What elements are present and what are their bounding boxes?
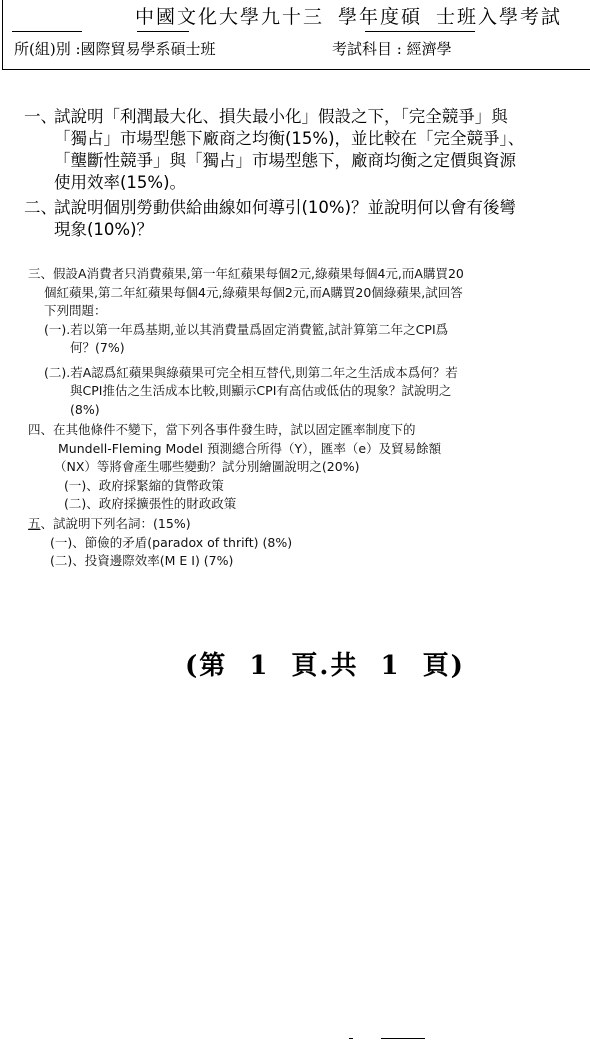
question-line: （NX）等將會產生哪些變動？試分別繪圖說明之(20%) [28,458,580,477]
question-line: Mundell-Fleming Model 預測總合所得（Y），匯率（e）及貿易… [28,440,580,459]
sub-question-label: (一)、 [64,478,99,493]
question-number: 二、 [24,197,57,219]
colon: : [71,40,81,58]
sub-question-label: (二)、 [64,496,99,511]
question-line: 現象(10%)？ [24,219,579,241]
question-number: 五 [28,516,41,531]
subject-label: 考試科目 [332,40,392,58]
sub-question: (一)、政府採緊縮的貨幣政策 [28,477,580,496]
sub-question: (二)、政府採擴張性的財政政策 [28,495,580,514]
header-rule [365,31,475,32]
header-rule [137,31,189,32]
question-line: 三、假設A消費者只消費蘋果,第一年紅蘋果每個2元,綠蘋果每個4元,而A購買20 [28,265,580,284]
sub-question-label: (二)、 [50,553,85,568]
exam-title: 中國文化大學九十三學年度碩士班入學考試 [135,2,562,29]
scan-artifact [349,1038,353,1039]
question-number: 一、 [24,106,57,128]
colon: : [392,40,407,58]
question-line: (8%) [28,401,580,420]
title-school-year: 中國文化大學九十三 [135,6,324,28]
subject-field: 考試科目 : 經濟學 [332,38,452,59]
subject-value: 經濟學 [407,40,452,58]
question-line: 使用效率(15%)。 [24,172,579,194]
department-field: 所(組)別 :國際貿易學系碩士班 [14,38,216,59]
header-rule [12,31,82,32]
question-line: 試說明「利潤最大化、損失最小化」假設之下，「完全競爭」與 [24,106,579,128]
question-line: 四、在其他條件不變下，當下列各事件發生時，試以固定匯率制度下的 [28,421,580,440]
sub-question-label: (二). [44,365,70,380]
question-line: 個紅蘋果,第二年紅蘋果每個4元,綠蘋果每個2元,而A購買20個綠蘋果,試回答 [28,284,580,303]
question-4: 四、在其他條件不變下，當下列各事件發生時，試以固定匯率制度下的 Mundell-… [28,421,580,514]
scan-artifact [381,1038,425,1039]
title-exam: 士班入學考試 [436,6,562,28]
question-line: 「壟斷性競爭」與「獨占」市場型態下，廠商均衡之定價與資源 [24,150,579,172]
sub-question-label: (一). [44,322,70,337]
title-degree: 學年度碩 [338,6,422,28]
question-line: 與CPI推估之生活成本比較,則顯示CPI有高估或低估的現象？試說明之 [28,382,580,401]
sub-question-label: (一)、 [50,535,85,550]
question-5: 五、試說明下列名詞：(15%) (一)、節儉的矛盾(paradox of thr… [28,515,580,571]
question-line: 五、試說明下列名詞：(15%) [28,515,580,534]
question-number: 三、 [28,266,53,281]
question-line: 何？(7%) [28,339,580,358]
question-3: 三、假設A消費者只消費蘋果,第一年紅蘋果每個2元,綠蘋果每個4元,而A購買20 … [28,265,580,419]
department-label: 所(組)別 [14,40,71,58]
page-left-border [2,0,3,70]
sub-question: (二).若A認爲紅蘋果與綠蘋果可完全相互替代,則第二年之生活成本爲何？若 [28,364,580,383]
sub-question: (一).若以第一年爲基期,並以其消費量爲固定消費籃,試計算第二年之CPI爲 [28,321,580,340]
header-divider [2,69,590,70]
question-line: 試說明個別勞動供給曲線如何導引(10%)？並說明何以會有後彎 [24,197,579,219]
question-number: 四、 [28,422,53,437]
current-page: 1 [249,651,269,681]
question-1: 一、 試說明「利潤最大化、損失最小化」假設之下，「完全競爭」與 「獨占」市場型態… [24,106,579,194]
question-line: 下列問題： [28,302,580,321]
question-line: 「獨占」市場型態下廠商之均衡(15%)，並比較在「完全競爭」、 [24,128,579,150]
page-number-footer: (第1頁.共1頁) [185,645,465,682]
question-2: 二、 試說明個別勞動供給曲線如何導引(10%)？並說明何以會有後彎 現象(10%… [24,197,579,241]
sub-question: (一)、節儉的矛盾(paradox of thrift) (8%) [28,534,580,553]
sub-question: (二)、投資邊際效率(M E I) (7%) [28,552,580,571]
total-pages: 1 [380,651,400,681]
department-value: 國際貿易學系碩士班 [81,40,216,58]
